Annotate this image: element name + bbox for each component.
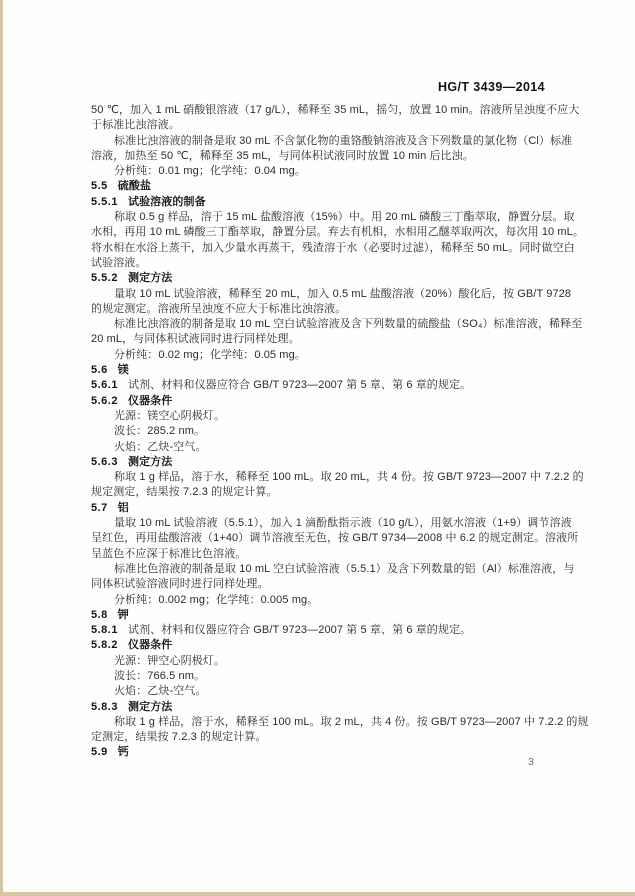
clause-number: 5.6.1 [91,379,118,391]
document-text-line: 称取 1 g 样品，溶于水，稀释至 100 mL。取 2 mL，共 4 份。按 … [91,715,551,730]
document-heading-line: 5.7铝 [91,501,551,516]
document-heading-line: 5.8.2仪器条件 [91,638,551,653]
clause-text: 镁 [118,364,129,376]
document-text-line: 波长：766.5 nm。 [91,669,551,684]
page-number: 3 [528,756,534,768]
clause-text: 硫酸盐 [118,180,151,192]
clause-text: 测定方法 [128,701,172,713]
clause-text: 试剂、材料和仪器应符合 GB/T 9723—2007 第 5 章、第 6 章的规… [128,379,471,391]
document-text-line: 火焰：乙炔-空气。 [91,684,551,699]
document-text-line: 称取 0.5 g 样品，溶于 15 mL 盐酸溶液（15%）中。用 20 mL … [91,210,551,225]
document-heading-line: 5.6.3测定方法 [91,455,551,470]
document-text-line: 量取 10 mL 试验溶液（5.5.1），加入 1 滴酚酞指示液（10 g/L）… [91,516,551,531]
clause-number: 5.8.1 [91,624,118,636]
document-text-line: 试验溶液。 [91,256,551,271]
document-text-line: 光源：镁空心阴极灯。 [91,409,551,424]
document-text-line: 50 ℃，加入 1 mL 硝酸银溶液（17 g/L），稀释至 35 mL，摇匀，… [91,103,551,118]
clause-text: 试剂、材料和仪器应符合 GB/T 9723—2007 第 5 章、第 6 章的规… [128,624,471,636]
clause-number: 5.5.1 [91,196,118,208]
document-text-line: 量取 10 mL 试验溶液，稀释至 20 mL，加入 0.5 mL 盐酸溶液（2… [91,287,551,302]
document-heading-line: 5.8.1试剂、材料和仪器应符合 GB/T 9723—2007 第 5 章、第 … [91,623,551,638]
document-heading-line: 5.5.1试验溶液的制备 [91,195,551,210]
document-heading-line: 5.5硫酸盐 [91,179,551,194]
document-text-line: 将水相在水浴上蒸干，加入少量水再蒸干，残渣溶于水（必要时过滤），稀释至 50 m… [91,241,551,256]
document-text-line: 火焰：乙炔-空气。 [91,440,551,455]
document-text-line: 的规定测定。溶液所呈浊度不应大于标准比浊溶液。 [91,302,551,317]
document-text-line: 标准比浊溶液的制备是取 10 mL 空白试验溶液及含下列数量的硫酸盐（SO₄）标… [91,317,551,332]
clause-number: 5.8.2 [91,639,118,651]
clause-text: 仪器条件 [128,395,172,407]
document-heading-line: 5.6.1试剂、材料和仪器应符合 GB/T 9723—2007 第 5 章、第 … [91,378,551,393]
document-text-line: 20 mL，与同体积试液同时进行同样处理。 [91,332,551,347]
document-text-line: 呈蓝色不应深于标准比色溶液。 [91,547,551,562]
document-text-line: 呈红色，再用盐酸溶液（1+40）调节溶液至无色，按 GB/T 9734—2008… [91,531,551,546]
clause-text: 钙 [118,746,129,758]
clause-number: 5.6.2 [91,395,118,407]
document-text-line: 水相，再用 10 mL 磷酸三丁酯萃取，静置分层。弃去有机相，水相用乙醚萃取两次… [91,225,551,240]
document-heading-line: 5.6.2仪器条件 [91,394,551,409]
document-text-line: 于标准比浊溶液。 [91,118,551,133]
document-heading-line: 5.6镁 [91,363,551,378]
document-heading-line: 5.8钾 [91,608,551,623]
clause-text: 仪器条件 [128,639,172,651]
clause-number: 5.6 [91,364,108,376]
document-text-line: 波长：285.2 nm。 [91,424,551,439]
clause-number: 5.9 [91,746,108,758]
document-text-line: 溶液，加热至 50 ℃，稀释至 35 mL，与同体积试液同时放置 10 min … [91,149,551,164]
document-text-line: 分析纯：0.02 mg；化学纯：0.05 mg。 [91,348,551,363]
clause-text: 钾 [118,609,129,621]
document-heading-line: 5.8.3测定方法 [91,700,551,715]
clause-text: 测定方法 [128,272,172,284]
document-heading-line: 5.5.2测定方法 [91,271,551,286]
document-text-line: 标准比色溶液的制备是取 10 mL 空白试验溶液（5.5.1）及含下列数量的铝（… [91,562,551,577]
document-text-line: 同体积试验溶液同时进行同样处理。 [91,577,551,592]
document-text-line: 标准比浊溶液的制备是取 30 mL 不含氯化物的重铬酸钠溶液及含下列数量的氯化物… [91,134,551,149]
document-text-line: 规定测定，结果按 7.2.3 的规定计算。 [91,485,551,500]
clause-text: 试验溶液的制备 [128,196,206,208]
clause-number: 5.8.3 [91,701,118,713]
document-text-line: 分析纯：0.01 mg；化学纯：0.04 mg。 [91,164,551,179]
document-text-line: 光源：钾空心阴极灯。 [91,654,551,669]
scan-edge-left [0,0,3,896]
standard-number: HG/T 3439—2014 [438,80,545,94]
clause-text: 测定方法 [128,456,172,468]
document-heading-line: 5.9钙 [91,745,551,760]
document-text-line: 分析纯：0.002 mg；化学纯：0.005 mg。 [91,593,551,608]
clause-number: 5.5 [91,180,108,192]
document-content: 50 ℃，加入 1 mL 硝酸银溶液（17 g/L），稀释至 35 mL，摇匀，… [91,103,551,761]
document-text-line: 称取 1 g 样品，溶于水，稀释至 100 mL。取 20 mL，共 4 份。按… [91,470,551,485]
clause-number: 5.7 [91,502,108,514]
document-text-line: 定测定，结果按 7.2.3 的规定计算。 [91,730,551,745]
clause-number: 5.8 [91,609,108,621]
clause-number: 5.5.2 [91,272,118,284]
clause-number: 5.6.3 [91,456,118,468]
scan-edge-bottom [0,892,635,896]
clause-text: 铝 [118,502,129,514]
document-page: HG/T 3439—2014 50 ℃，加入 1 mL 硝酸银溶液（17 g/L… [0,0,635,896]
